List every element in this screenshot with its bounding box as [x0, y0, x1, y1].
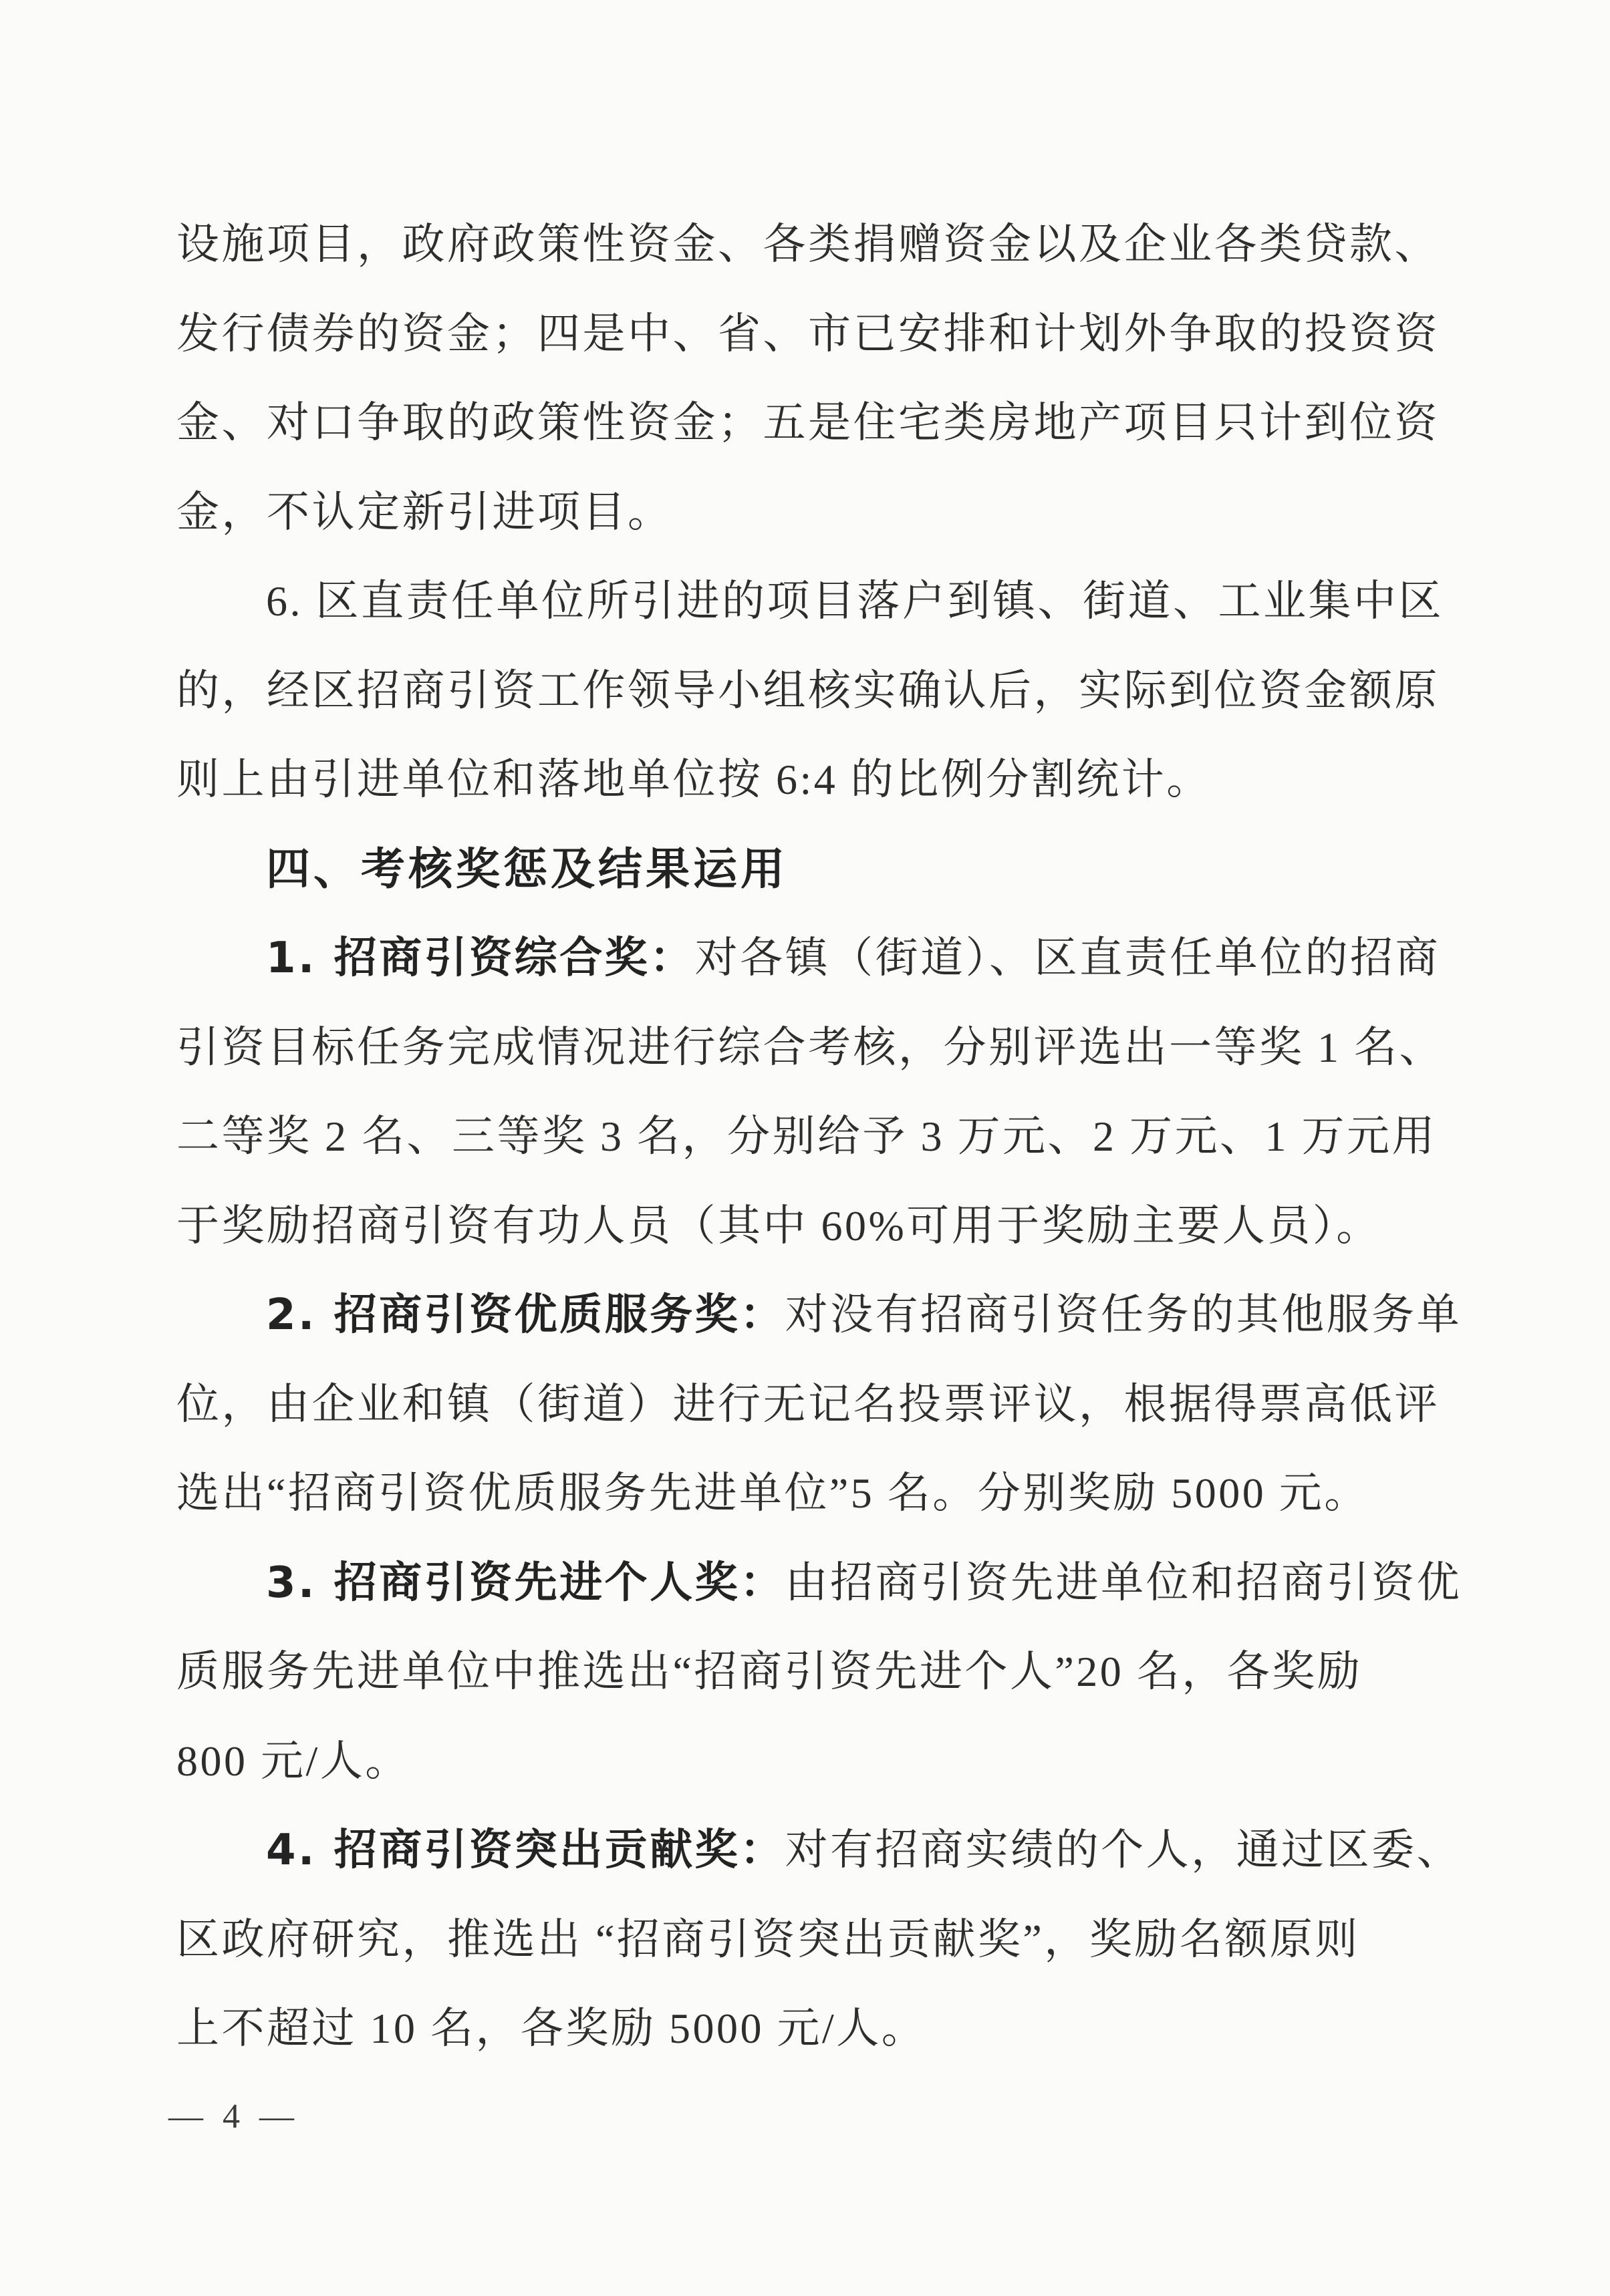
- line-regular-text: 的，经区招商引资工作领导小组核实确认后，实际到位资金额原: [176, 667, 1440, 714]
- line-regular-text: 引资目标任务完成情况进行综合考核，分别评选出一等奖 1 名、: [176, 1024, 1444, 1071]
- text-line: 800 元/人。: [176, 1717, 1436, 1806]
- text-line: 四、考核奖惩及结果运用: [176, 825, 1436, 914]
- line-regular-text: 对没有招商引资任务的其他服务单: [785, 1291, 1462, 1338]
- page-number: — 4 —: [168, 2097, 299, 2137]
- line-regular-text: 质服务先进单位中推选出“招商引资先进个人”20 名，各奖励: [176, 1648, 1362, 1695]
- text-line: 上不超过 10 名，各奖励 5000 元/人。: [176, 1984, 1436, 2073]
- line-bold-text: 四、考核奖惩及结果运用: [266, 843, 788, 895]
- text-line: 引资目标任务完成情况进行综合考核，分别评选出一等奖 1 名、: [176, 1003, 1436, 1093]
- text-line: 于奖励招商引资有功人员（其中 60%可用于奖励主要人员）。: [176, 1181, 1436, 1271]
- line-regular-text: 6. 区直责任单位所引进的项目落户到镇、街道、工业集中区: [266, 577, 1444, 625]
- text-line: 3. 招商引资先进个人奖：由招商引资先进单位和招商引资优: [176, 1538, 1436, 1628]
- line-bold-text: 3. 招商引资先进个人奖：: [266, 1558, 785, 1608]
- text-line: 金、对口争取的政策性资金；五是住宅类房地产项目只计到位资: [176, 378, 1436, 468]
- line-regular-text: 对各镇（街道）、区直责任单位的招商: [695, 934, 1441, 982]
- text-line: 的，经区招商引资工作领导小组核实确认后，实际到位资金额原: [176, 646, 1436, 736]
- line-bold-text: 4. 招商引资突出贡献奖：: [266, 1826, 785, 1875]
- line-regular-text: 800 元/人。: [176, 1737, 410, 1785]
- line-regular-text: 上不超过 10 名，各奖励 5000 元/人。: [176, 2005, 926, 2052]
- line-regular-text: 由招商引资先进单位和招商引资优: [785, 1559, 1462, 1606]
- text-line: 选出“招商引资优质服务先进单位”5 名。分别奖励 5000 元。: [176, 1449, 1436, 1538]
- line-regular-text: 选出“招商引资优质服务先进单位”5 名。分别奖励 5000 元。: [176, 1469, 1369, 1517]
- text-line: 位，由企业和镇（街道）进行无记名投票评议，根据得票高低评: [176, 1360, 1436, 1449]
- line-regular-text: 对有招商实绩的个人，通过区委、: [785, 1826, 1462, 1874]
- line-bold-text: 2. 招商引资优质服务奖：: [266, 1290, 785, 1340]
- text-line: 金，不认定新引进项目。: [176, 468, 1436, 557]
- line-regular-text: 设施项目，政府政策性资金、各类捐赠资金以及企业各类贷款、: [176, 221, 1440, 268]
- document-page: 设施项目，政府政策性资金、各类捐赠资金以及企业各类贷款、 发行债券的资金；四是中…: [0, 0, 1610, 2296]
- text-line: 6. 区直责任单位所引进的项目落户到镇、街道、工业集中区: [176, 557, 1436, 646]
- line-regular-text: 金、对口争取的政策性资金；五是住宅类房地产项目只计到位资: [176, 399, 1440, 446]
- line-regular-text: 于奖励招商引资有功人员（其中 60%可用于奖励主要人员）。: [176, 1202, 1381, 1250]
- text-line: 设施项目，政府政策性资金、各类捐赠资金以及企业各类贷款、: [176, 200, 1436, 289]
- line-regular-text: 发行债券的资金；四是中、省、市已安排和计划外争取的投资资: [176, 310, 1440, 357]
- text-line: 4. 招商引资突出贡献奖：对有招商实绩的个人，通过区委、: [176, 1806, 1436, 1895]
- text-line: 二等奖 2 名、三等奖 3 名，分别给予 3 万元、2 万元、1 万元用: [176, 1092, 1436, 1181]
- text-line: 2. 招商引资优质服务奖：对没有招商引资任务的其他服务单: [176, 1270, 1436, 1360]
- text-line: 区政府研究，推选出 “招商引资突出贡献奖”，奖励名额原则: [176, 1895, 1436, 1985]
- line-regular-text: 区政府研究，推选出 “招商引资突出贡献奖”，奖励名额原则: [176, 1916, 1360, 1963]
- text-line: 发行债券的资金；四是中、省、市已安排和计划外争取的投资资: [176, 289, 1436, 379]
- line-regular-text: 位，由企业和镇（街道）进行无记名投票评议，根据得票高低评: [176, 1381, 1440, 1428]
- line-regular-text: 金，不认定新引进项目。: [176, 488, 673, 536]
- line-regular-text: 二等奖 2 名、三等奖 3 名，分别给予 3 万元、2 万元、1 万元用: [176, 1113, 1437, 1160]
- text-line: 则上由引进单位和落地单位按 6:4 的比例分割统计。: [176, 735, 1436, 825]
- text-line: 质服务先进单位中推选出“招商引资先进个人”20 名，各奖励: [176, 1627, 1436, 1717]
- document-body: 设施项目，政府政策性资金、各类捐赠资金以及企业各类贷款、 发行债券的资金；四是中…: [176, 200, 1436, 2073]
- line-bold-text: 1. 招商引资综合奖：: [266, 934, 695, 983]
- line-regular-text: 则上由引进单位和落地单位按 6:4 的比例分割统计。: [176, 756, 1212, 803]
- text-line: 1. 招商引资综合奖：对各镇（街道）、区直责任单位的招商: [176, 913, 1436, 1003]
